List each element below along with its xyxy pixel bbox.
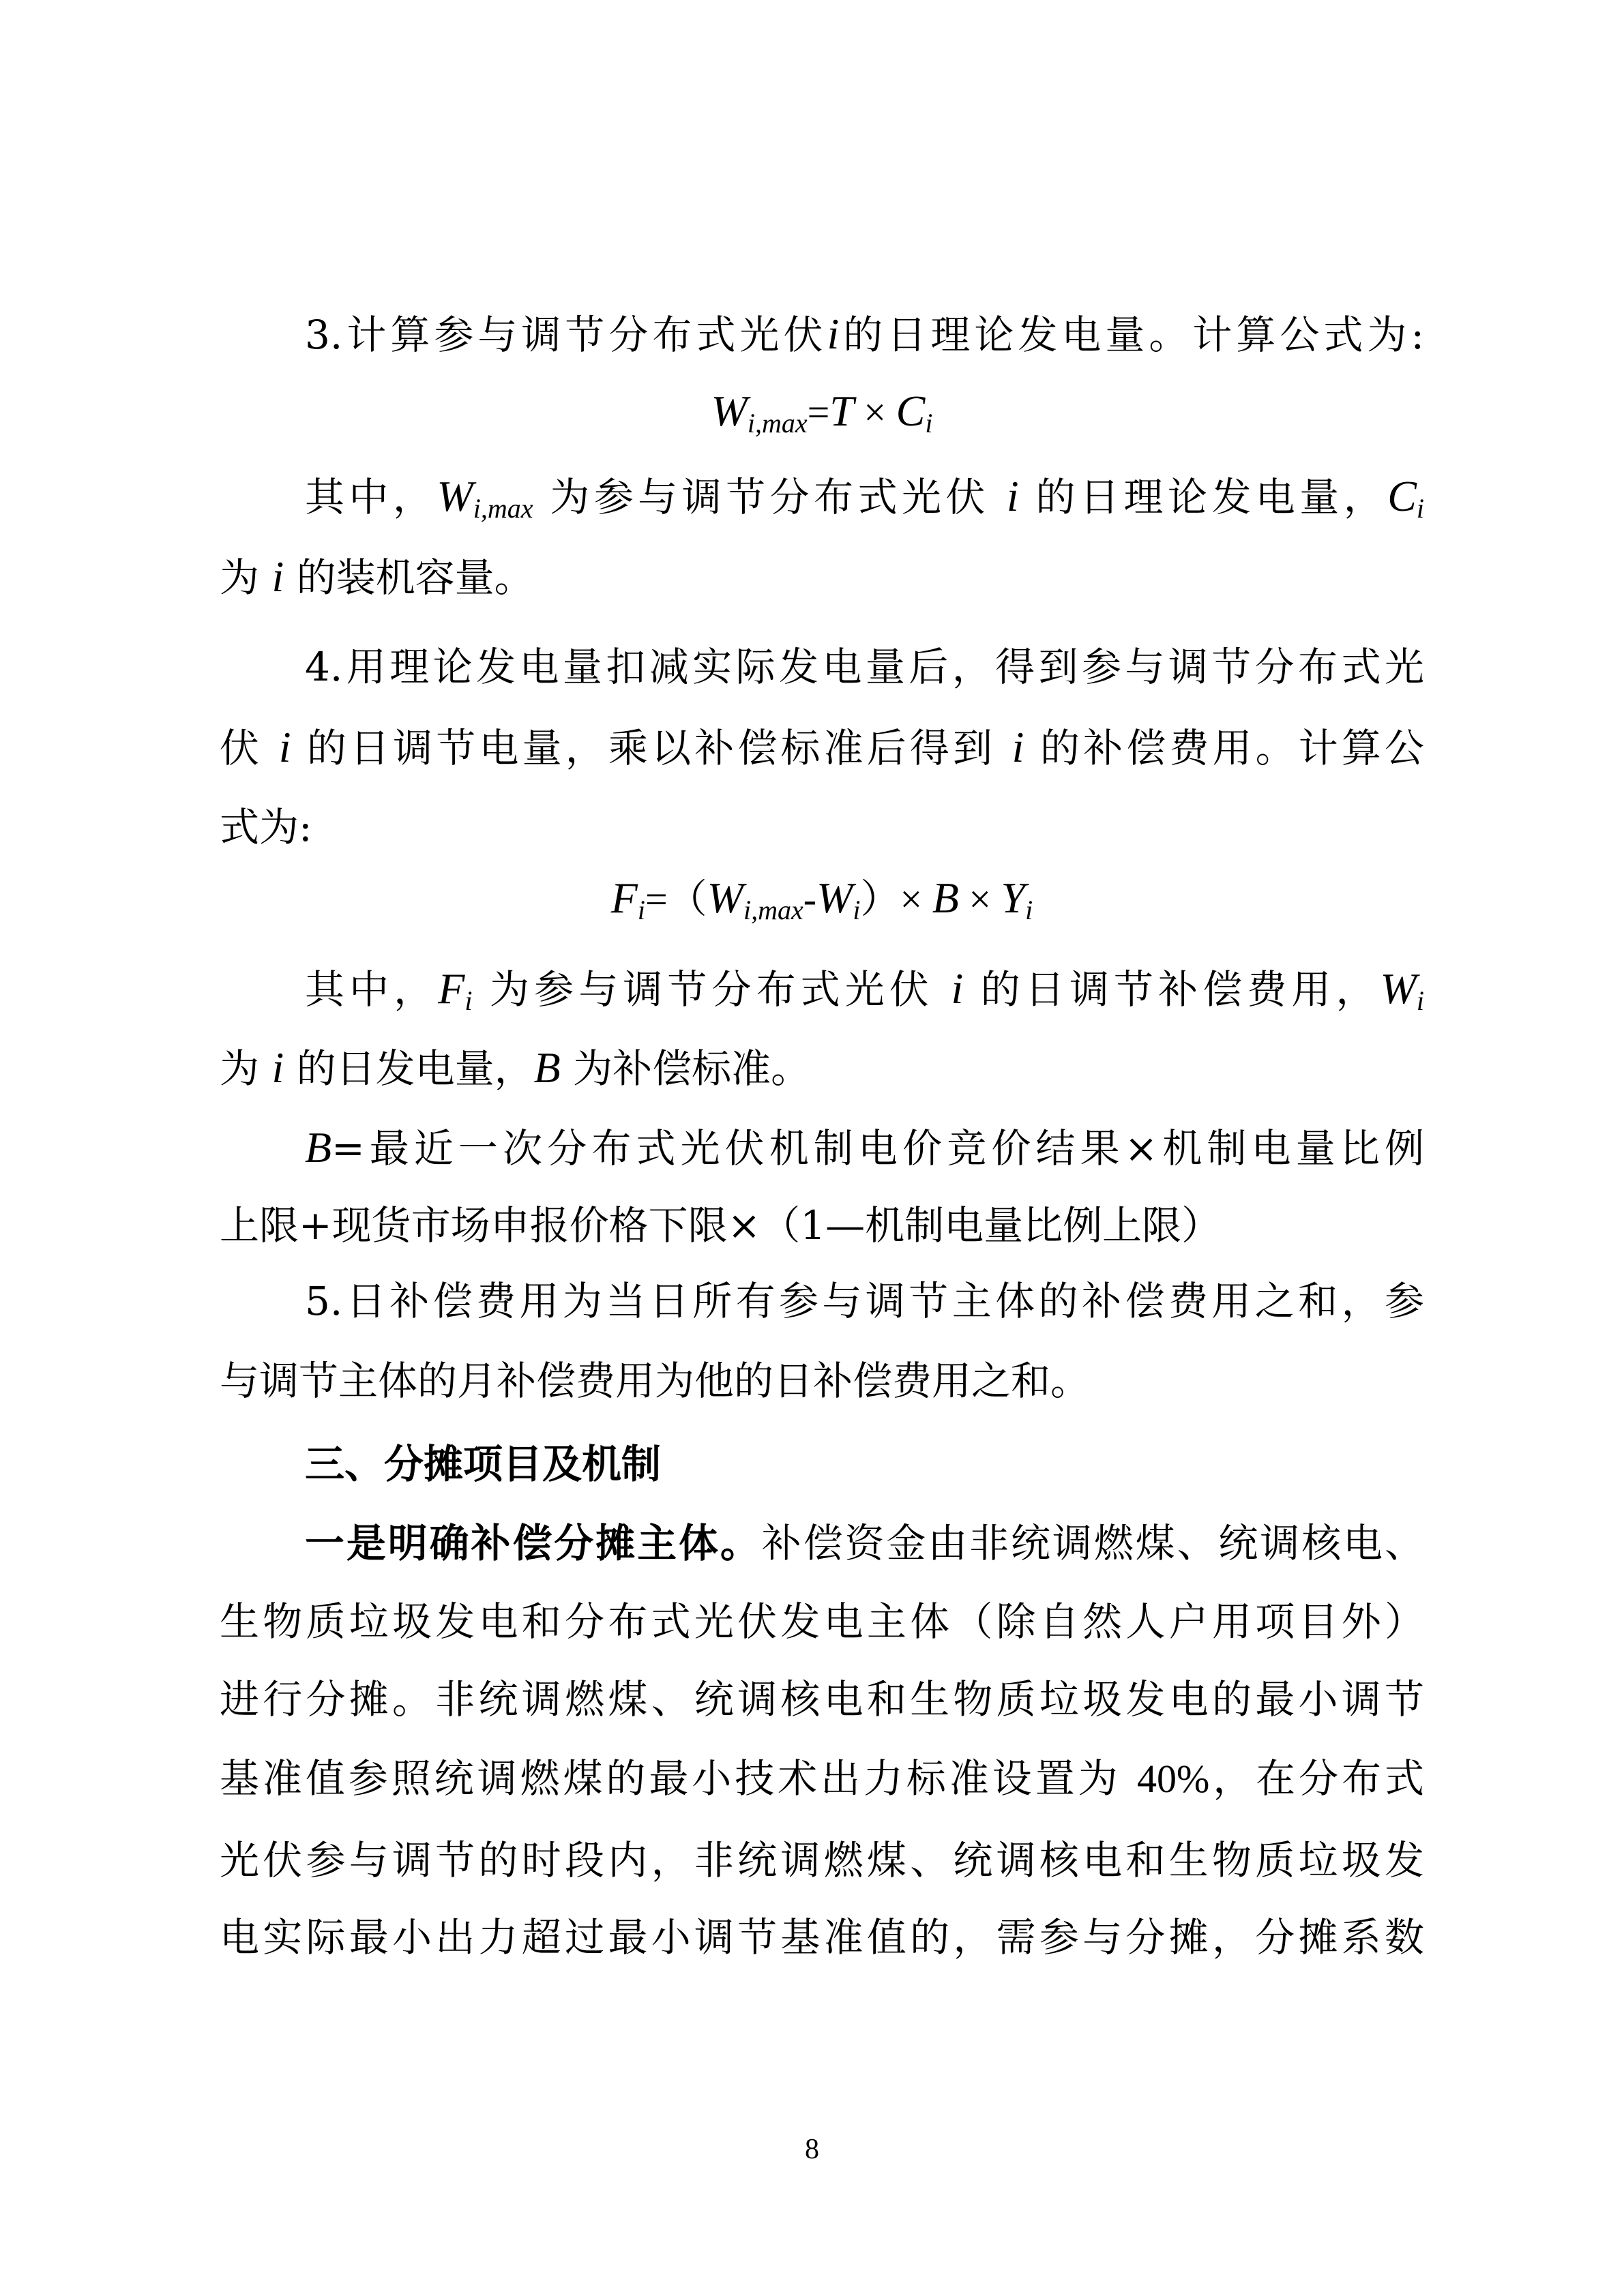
- item-4-line-2: 伏 i 的日调节电量，乘以补偿标准后得到 i 的补偿费用。计算公: [220, 726, 1424, 769]
- close-paren-times: ）×: [861, 877, 932, 921]
- percentage: 40%: [1137, 1757, 1209, 1801]
- var-W: W: [437, 472, 473, 520]
- text: 为参与调节分布式光伏: [473, 966, 951, 1013]
- var-W: W: [711, 387, 748, 435]
- item-4-line-1: 4.用理论发电量扣减实际发电量后，得到参与调节分布式光: [305, 646, 1424, 688]
- para-1-line-3: 进行分摊。非统调燃煤、统调核电和生物质垃圾发电的最小调节: [220, 1678, 1424, 1720]
- document-page: 3.计算参与调节分布式光伏i的日理论发电量。计算公式为: Wi,max=T × …: [0, 0, 1624, 2296]
- text: 的日调节补偿费用，: [963, 966, 1380, 1013]
- var-F: F: [438, 964, 464, 1013]
- text: 的补偿费用。计算公: [1024, 725, 1424, 771]
- var-B: B: [932, 874, 959, 922]
- subscript: i: [1417, 493, 1424, 524]
- formula-wimax: Wi,max=T × Ci: [220, 390, 1424, 432]
- text: 其中，: [305, 474, 437, 520]
- var-W: W: [816, 874, 853, 922]
- subscript: i: [464, 985, 472, 1016]
- text: 伏: [220, 725, 279, 771]
- var-i: i: [279, 723, 291, 771]
- text: 为补偿标准。: [561, 1045, 810, 1092]
- text: 为参与调节分布式光伏: [533, 474, 1006, 520]
- text: 基准值参照统调燃煤的最小技术出力标准设置为: [220, 1755, 1137, 1802]
- text: =最近一次分布式光伏机制电价竞价结果×机制电量比例: [331, 1125, 1424, 1172]
- text: 为: [220, 554, 271, 601]
- var-i: i: [271, 552, 284, 601]
- para-1-line-6: 电实际最小出力超过最小调节基准值的，需参与分摊，分摊系数: [220, 1916, 1424, 1958]
- subscript: i: [638, 895, 645, 925]
- bold-lead: 一是明确补偿分摊主体。: [305, 1520, 762, 1566]
- subscript: i: [1025, 895, 1033, 925]
- var-C: C: [896, 387, 926, 435]
- var-B: B: [305, 1123, 331, 1172]
- var-T: T: [829, 387, 854, 435]
- para-1-line-5: 光伏参与调节的时段内，非统调燃煤、统调核电和生物质垃圾发: [220, 1839, 1424, 1881]
- text: 的装机容量。: [284, 554, 533, 601]
- item-3-line-1: 3.计算参与调节分布式光伏i的日理论发电量。计算公式为:: [305, 313, 1424, 355]
- var-i: i: [827, 310, 840, 358]
- text: 的日理论发电量，: [1019, 474, 1388, 520]
- b-definition-line-1: B=最近一次分布式光伏机制电价竞价结果×机制电量比例: [305, 1127, 1424, 1169]
- text: 的日调节电量，乘以补偿标准后得到: [291, 725, 1012, 771]
- minus: -: [803, 877, 816, 921]
- var-C: C: [1387, 472, 1417, 520]
- explain-2-line-1: 其中，Fi 为参与调节分布式光伏 i 的日调节补偿费用，Wi: [305, 968, 1424, 1010]
- item-5-line-1: 5.日补偿费用为当日所有参与调节主体的补偿费用之和，参: [305, 1280, 1424, 1322]
- text: 其中，: [305, 966, 438, 1013]
- b-definition-line-2: 上限+现货市场申报价格下限×（1—机制电量比例上限）: [220, 1204, 1424, 1247]
- times: ×: [959, 877, 1001, 921]
- var-B: B: [534, 1043, 561, 1092]
- var-i: i: [1012, 723, 1024, 771]
- formula-fi: Fi=（Wi,max-Wi）× B × Yi: [220, 877, 1424, 919]
- para-1-line-2: 生物质垃圾发电和分布式光伏发电主体（除自然人户用项目外）: [220, 1600, 1424, 1643]
- item-4-line-3: 式为:: [220, 806, 1424, 848]
- var-i: i: [1007, 472, 1019, 520]
- text: 3.计算参与调节分布式光伏: [305, 312, 827, 358]
- subscript: i: [853, 895, 860, 925]
- subscript: i,max: [473, 493, 533, 524]
- explain-1-line-1: 其中，Wi,max 为参与调节分布式光伏 i 的日理论发电量，Ci: [305, 475, 1424, 518]
- text: 为: [220, 1045, 271, 1092]
- subscript: i: [925, 408, 932, 438]
- subscript: i: [1417, 985, 1424, 1016]
- times: ×: [854, 390, 896, 434]
- item-5-line-2: 与调节主体的月补偿费用为他的日补偿费用之和。: [220, 1360, 1424, 1402]
- text: ，在分布式: [1209, 1755, 1424, 1802]
- text: 的日理论发电量。计算公式为:: [839, 312, 1424, 358]
- text: 的日发电量，: [284, 1045, 533, 1092]
- var-W: W: [707, 874, 743, 922]
- var-Y: Y: [1001, 874, 1026, 922]
- var-F: F: [611, 874, 638, 922]
- var-i: i: [951, 964, 963, 1013]
- section-heading-3: 三、分摊项目及机制: [305, 1443, 1424, 1485]
- var-W: W: [1381, 964, 1417, 1013]
- equals-paren: =（: [645, 877, 707, 921]
- para-1-line-4: 基准值参照统调燃煤的最小技术出力标准设置为 40%，在分布式: [220, 1757, 1424, 1800]
- page-number: 8: [0, 2133, 1624, 2166]
- para-1-line-1: 一是明确补偿分摊主体。补偿资金由非统调燃煤、统调核电、: [305, 1522, 1424, 1564]
- equals: =: [808, 390, 830, 434]
- explain-2-line-2: 为 i 的日发电量，B 为补偿标准。: [220, 1047, 1424, 1089]
- explain-1-line-2: 为 i 的装机容量。: [220, 556, 1424, 598]
- text: 补偿资金由非统调燃煤、统调核电、: [762, 1520, 1424, 1566]
- subscript: i,max: [748, 408, 808, 438]
- subscript: i,max: [743, 895, 803, 925]
- var-i: i: [271, 1043, 284, 1092]
